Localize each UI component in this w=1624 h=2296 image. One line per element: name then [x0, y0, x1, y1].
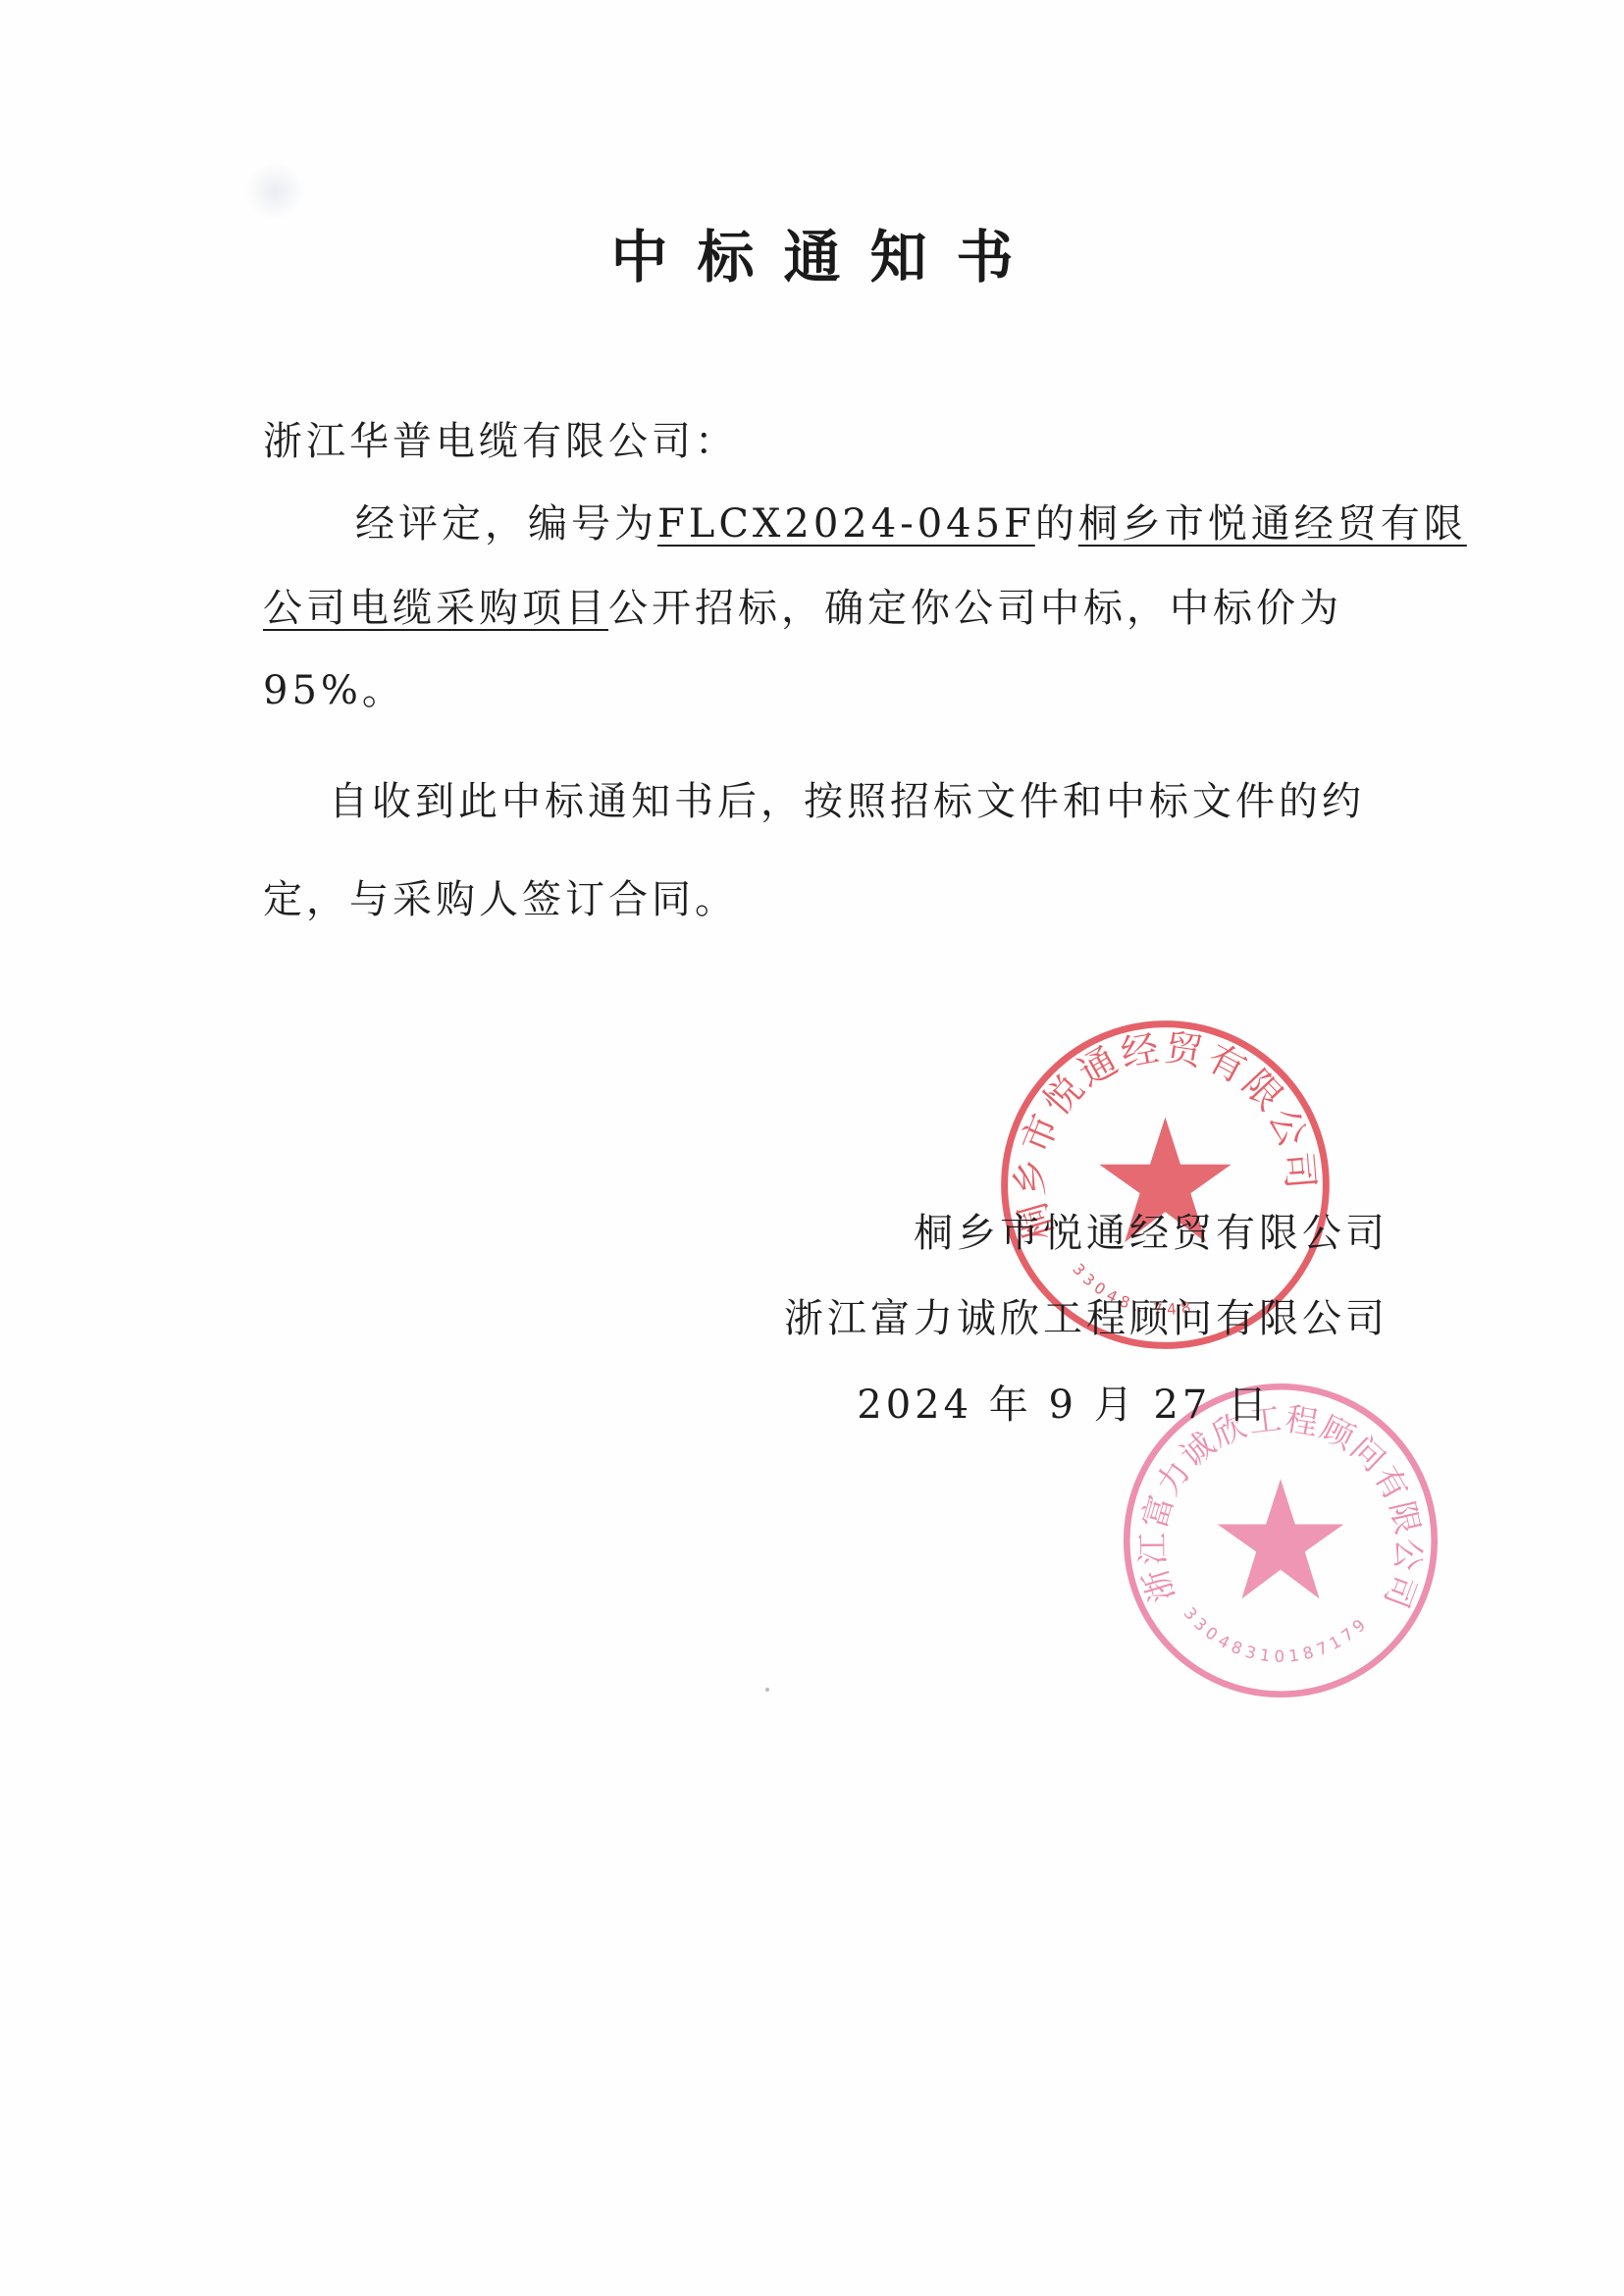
award-prefix: 经评定，编号为 — [355, 501, 657, 547]
project-name-part-2: 公司电缆采购项目 — [263, 586, 608, 631]
svg-text:33048310187179: 33048310187179 — [1180, 1604, 1373, 1666]
document-page: 中标通知书 浙江华普电缆有限公司： 经评定，编号为FLCX2024-045F的桐… — [0, 0, 1624, 2296]
tender-number: FLCX2024-045F — [657, 501, 1035, 547]
svg-text:浙江富力诚欣工程顾问有限公司: 浙江富力诚欣工程顾问有限公司 — [1133, 1399, 1429, 1615]
agency-signature: 浙江富力诚欣工程顾问有限公司 — [784, 1287, 1388, 1343]
scan-speck — [765, 1688, 769, 1692]
purchaser-signature: 桐乡市悦通经贸有限公司 — [914, 1202, 1388, 1258]
bid-price: 95%。 — [263, 659, 405, 715]
award-statement: 公开招标，确定你公司中标，中标价为 — [608, 586, 1342, 631]
paragraph-1-line-1: 经评定，编号为FLCX2024-045F的桐乡市悦通经贸有限 — [355, 493, 1467, 548]
signature-date: 2024 年 9 月 27 日 — [857, 1374, 1271, 1430]
document-title: 中标通知书 — [0, 211, 1624, 293]
recipient: 浙江华普电缆有限公司： — [263, 410, 738, 466]
connector: 的 — [1035, 501, 1078, 547]
paragraph-2-line-1: 自收到此中标通知书后，按照招标文件和中标文件的约 — [329, 770, 1365, 826]
paragraph-1-line-2: 公司电缆采购项目公开招标，确定你公司中标，中标价为 — [263, 577, 1342, 633]
project-name-part-1: 桐乡市悦通经贸有限 — [1078, 501, 1467, 547]
paragraph-2-line-2: 定，与采购人签订合同。 — [263, 868, 738, 924]
